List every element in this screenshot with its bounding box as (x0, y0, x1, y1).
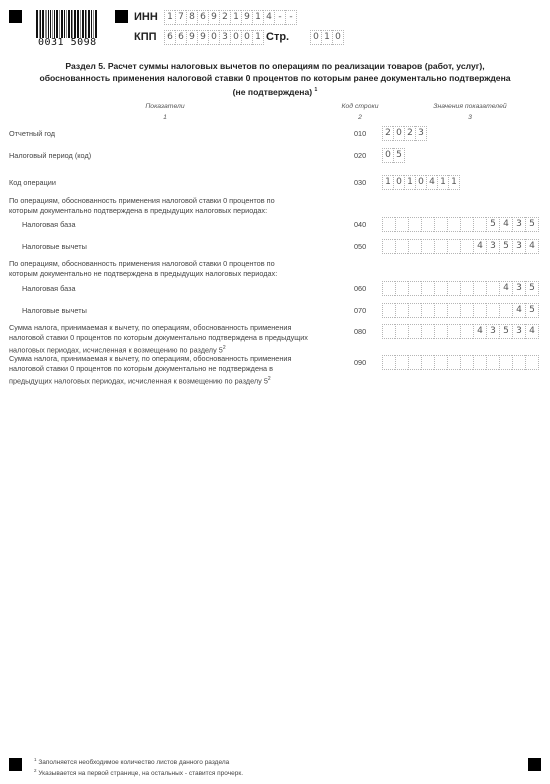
digit-cell[interactable]: 1 (321, 30, 332, 45)
digit-cell[interactable]: 2 (404, 126, 415, 141)
barcode-bar (42, 10, 44, 38)
footnote-ref: 2 (223, 345, 226, 351)
digit-cell[interactable] (447, 303, 460, 318)
column-number-3: 3 (420, 114, 520, 121)
digit-cell[interactable] (408, 355, 421, 370)
barcode-bar (61, 10, 63, 38)
digit-cell[interactable]: 1 (437, 175, 448, 190)
digit-cell[interactable] (512, 355, 525, 370)
digit-cell[interactable]: 9 (197, 30, 208, 45)
digit-cell[interactable]: 6 (175, 30, 186, 45)
row-code-070: 070 (354, 306, 366, 315)
digit-cell[interactable] (460, 355, 473, 370)
row-label-operation-code: Код операции (9, 178, 56, 188)
digit-cell[interactable] (421, 303, 434, 318)
section-title: Раздел 5. Расчет суммы налоговых вычетов… (0, 60, 550, 98)
footnote-2: 2 Указывается на первой странице, на ост… (34, 768, 243, 777)
digit-cell[interactable] (525, 355, 539, 370)
barcode-bar (86, 10, 87, 38)
group-confirmed-heading: По операциям, обоснованность применения … (9, 196, 275, 216)
footnote-text: Заполняется необходимое количество листо… (38, 759, 229, 766)
digit-cell[interactable]: 5 (499, 239, 512, 254)
digit-cell[interactable] (486, 281, 499, 296)
barcode-bar (52, 10, 53, 38)
digit-cell[interactable] (460, 281, 473, 296)
digit-cell[interactable]: 1 (230, 10, 241, 25)
digit-cell[interactable]: 0 (208, 30, 219, 45)
tax-base-not-confirmed-field[interactable]: 435 (382, 281, 539, 296)
digit-cell[interactable]: 4 (263, 10, 274, 25)
barcode-bar (40, 10, 41, 38)
corner-marker-top-left (9, 10, 22, 23)
footnote-ref: 1 (315, 87, 318, 93)
digit-cell[interactable] (434, 355, 447, 370)
digit-cell[interactable]: 0 (310, 30, 321, 45)
digit-cell[interactable]: 5 (393, 148, 405, 163)
digit-cell[interactable] (447, 281, 460, 296)
digit-cell[interactable] (447, 324, 460, 339)
digit-cell[interactable]: 3 (486, 239, 499, 254)
digit-cell[interactable]: 1 (164, 10, 175, 25)
column-number-2: 2 (330, 114, 390, 121)
row-080-line-2: налоговой ставки 0 процентов по которым … (9, 333, 308, 343)
digit-cell[interactable] (447, 355, 460, 370)
inn-field[interactable]: 1786921914-- (164, 10, 297, 25)
reporting-year-field[interactable]: 2023 (382, 126, 427, 141)
barcode (36, 10, 98, 38)
row-label-deduction-sum-confirmed: Сумма налога, принимаемая к вычету, по о… (9, 323, 308, 355)
row-code-080: 080 (354, 327, 366, 336)
digit-cell[interactable] (434, 217, 447, 232)
digit-cell[interactable]: 0 (393, 126, 404, 141)
digit-cell[interactable] (382, 355, 395, 370)
digit-cell[interactable]: 5 (525, 303, 539, 318)
footnote-ref: 2 (268, 376, 271, 382)
digit-cell[interactable]: 1 (448, 175, 460, 190)
inn-label: ИНН (134, 11, 158, 23)
digit-cell[interactable] (486, 303, 499, 318)
operation-code-field[interactable]: 1010411 (382, 175, 460, 190)
barcode-number: 0031 5098 (38, 37, 97, 48)
barcode-bar (48, 10, 49, 38)
barcode-bar (64, 10, 65, 38)
digit-cell[interactable]: 5 (499, 324, 512, 339)
group-confirmed-line-1: По операциям, обоснованность применения … (9, 196, 275, 206)
digit-cell[interactable]: 1 (252, 10, 263, 25)
digit-cell[interactable] (408, 239, 421, 254)
digit-cell[interactable] (473, 303, 486, 318)
barcode-bar (66, 10, 67, 38)
digit-cell[interactable]: 2 (382, 126, 393, 141)
barcode-bar (68, 10, 70, 38)
digit-cell[interactable]: 4 (473, 324, 486, 339)
digit-cell[interactable]: 2 (219, 10, 230, 25)
digit-cell[interactable] (460, 239, 473, 254)
digit-cell[interactable]: 9 (241, 10, 252, 25)
barcode-bar (88, 10, 90, 38)
barcode-bar (85, 10, 86, 38)
digit-cell[interactable]: 8 (186, 10, 197, 25)
page-number-field[interactable]: 010 (310, 30, 344, 45)
footnote-text: Указывается на первой странице, на остал… (38, 770, 243, 777)
barcode-bar (74, 10, 76, 38)
barcode-bar (54, 10, 56, 38)
barcode-bar (77, 10, 79, 38)
corner-marker-bottom-right (528, 758, 541, 771)
group-not-confirmed-line-1: По операциям, обоснованность применения … (9, 259, 277, 269)
row-code-020: 020 (354, 151, 366, 160)
row-label-reporting-year: Отчетный год (9, 129, 55, 139)
row-code-040: 040 (354, 220, 366, 229)
digit-cell[interactable]: 1 (252, 30, 264, 45)
digit-cell[interactable] (499, 355, 512, 370)
digit-cell[interactable] (434, 303, 447, 318)
row-label-tax-deductions-not-confirmed: Налоговые вычеты (22, 306, 87, 316)
digit-cell[interactable]: 5 (525, 281, 539, 296)
column-number-1: 1 (110, 114, 220, 121)
digit-cell[interactable] (395, 324, 408, 339)
digit-cell[interactable]: 4 (473, 239, 486, 254)
section-title-line-2: обоснованность применения налоговой став… (0, 72, 550, 84)
digit-cell[interactable] (382, 281, 395, 296)
barcode-bar (45, 10, 47, 38)
row-code-010: 010 (354, 129, 366, 138)
barcode-bar (72, 10, 73, 38)
barcode-bar (95, 10, 97, 38)
corner-marker-top-middle (115, 10, 128, 23)
row-label-deduction-sum-not-confirmed: Сумма налога, принимаемая к вычету, по о… (9, 354, 291, 386)
row-090-line-1: Сумма налога, принимаемая к вычету, по о… (9, 354, 291, 364)
digit-cell[interactable]: 4 (525, 239, 539, 254)
digit-cell[interactable] (395, 217, 408, 232)
digit-cell[interactable]: 0 (332, 30, 344, 45)
group-confirmed-line-2: которым документально подтверждена в пре… (9, 206, 275, 216)
digit-cell[interactable]: 9 (186, 30, 197, 45)
digit-cell[interactable] (434, 281, 447, 296)
digit-cell[interactable]: 3 (512, 281, 525, 296)
digit-cell[interactable]: 3 (512, 217, 525, 232)
digit-cell[interactable]: 0 (230, 30, 241, 45)
footnote-mark: 2 (34, 768, 37, 773)
digit-cell[interactable]: 0 (382, 148, 393, 163)
barcode-bar (93, 10, 94, 38)
footnote-1: 1 Заполняется необходимое количество лис… (34, 757, 229, 766)
row-label-tax-base-confirmed: Налоговая база (22, 220, 76, 230)
digit-cell[interactable]: 1 (404, 175, 415, 190)
digit-cell[interactable]: 7 (175, 10, 186, 25)
footnote-mark: 1 (34, 757, 37, 762)
section-title-line-3: (не подтверждена) (233, 87, 312, 97)
digit-cell[interactable] (408, 281, 421, 296)
digit-cell[interactable]: 4 (525, 324, 539, 339)
kpp-label: КПП (134, 31, 157, 43)
digit-cell[interactable] (408, 324, 421, 339)
column-header-indicators: Показатели (110, 103, 220, 110)
digit-cell[interactable] (421, 281, 434, 296)
digit-cell[interactable]: 3 (512, 239, 525, 254)
row-080-line-1: Сумма налога, принимаемая к вычету, по о… (9, 323, 308, 333)
digit-cell[interactable]: 4 (512, 303, 525, 318)
digit-cell[interactable] (460, 324, 473, 339)
digit-cell[interactable]: 3 (415, 126, 427, 141)
deduction-sum-confirmed-field[interactable]: 43534 (382, 324, 539, 339)
digit-cell[interactable] (447, 217, 460, 232)
digit-cell[interactable]: 9 (208, 10, 219, 25)
digit-cell[interactable] (434, 239, 447, 254)
barcode-bar (80, 10, 81, 38)
section-title-line-1: Раздел 5. Расчет суммы налоговых вычетов… (0, 60, 550, 72)
barcode-bar (50, 10, 51, 38)
barcode-bar (82, 10, 84, 38)
page-label: Стр. (266, 31, 289, 43)
digit-cell[interactable] (382, 239, 395, 254)
tax-deductions-confirmed-field[interactable]: 43534 (382, 239, 539, 254)
barcode-bar (71, 10, 72, 38)
digit-cell[interactable]: 3 (512, 324, 525, 339)
digit-cell[interactable] (473, 281, 486, 296)
digit-cell[interactable]: 0 (415, 175, 426, 190)
corner-marker-bottom-left (9, 758, 22, 771)
digit-cell[interactable] (460, 217, 473, 232)
tax-base-confirmed-field[interactable]: 5435 (382, 217, 539, 232)
row-090-line-2: налоговой ставки 0 процентов по которым … (9, 364, 291, 374)
row-090-line-3: предыдущих налоговых периодах, исчисленн… (9, 376, 268, 385)
barcode-bar (91, 10, 92, 38)
digit-cell[interactable]: 6 (164, 30, 175, 45)
barcode-bar (36, 10, 38, 38)
row-code-030: 030 (354, 178, 366, 187)
digit-cell[interactable] (408, 217, 421, 232)
digit-cell[interactable]: 3 (219, 30, 230, 45)
digit-cell[interactable]: 1 (382, 175, 393, 190)
row-code-060: 060 (354, 284, 366, 293)
digit-cell[interactable] (421, 324, 434, 339)
digit-cell[interactable]: 6 (197, 10, 208, 25)
digit-cell[interactable] (421, 217, 434, 232)
digit-cell[interactable]: - (285, 10, 297, 25)
tax-period-field[interactable]: 05 (382, 148, 405, 163)
group-not-confirmed-line-2: которым документально не подтверждена в … (9, 269, 277, 279)
column-header-line-code: Код строки (330, 103, 390, 110)
digit-cell[interactable] (473, 217, 486, 232)
group-not-confirmed-heading: По операциям, обоснованность применения … (9, 259, 277, 279)
digit-cell[interactable] (460, 303, 473, 318)
digit-cell[interactable]: 4 (426, 175, 437, 190)
digit-cell[interactable] (421, 239, 434, 254)
barcode-bar (59, 10, 60, 38)
tax-deductions-not-confirmed-field[interactable]: 45 (382, 303, 539, 318)
digit-cell[interactable] (395, 355, 408, 370)
digit-cell[interactable]: 5 (525, 217, 539, 232)
digit-cell[interactable] (395, 303, 408, 318)
digit-cell[interactable] (382, 217, 395, 232)
row-label-tax-period: Налоговый период (код) (9, 151, 91, 161)
row-label-tax-base-not-confirmed: Налоговая база (22, 284, 76, 294)
row-code-050: 050 (354, 242, 366, 251)
digit-cell[interactable] (382, 324, 395, 339)
digit-cell[interactable] (421, 355, 434, 370)
digit-cell[interactable]: 0 (241, 30, 252, 45)
digit-cell[interactable] (486, 355, 499, 370)
barcode-bar (56, 10, 58, 38)
digit-cell[interactable] (395, 281, 408, 296)
digit-cell[interactable]: 4 (499, 281, 512, 296)
digit-cell[interactable]: 4 (499, 217, 512, 232)
row-label-tax-deductions-confirmed: Налоговые вычеты (22, 242, 87, 252)
digit-cell[interactable] (408, 303, 421, 318)
barcode-bar (39, 10, 40, 38)
digit-cell[interactable]: 0 (393, 175, 404, 190)
kpp-field[interactable]: 669903001 (164, 30, 264, 45)
row-code-090: 090 (354, 358, 366, 367)
digit-cell[interactable] (499, 303, 512, 318)
digit-cell[interactable]: 5 (486, 217, 499, 232)
digit-cell[interactable]: - (274, 10, 285, 25)
column-header-values: Значения показателей (420, 103, 520, 110)
digit-cell[interactable] (473, 355, 486, 370)
deduction-sum-not-confirmed-field[interactable] (382, 355, 539, 370)
digit-cell[interactable] (395, 239, 408, 254)
digit-cell[interactable] (382, 303, 395, 318)
digit-cell[interactable] (434, 324, 447, 339)
digit-cell[interactable] (447, 239, 460, 254)
digit-cell[interactable]: 3 (486, 324, 499, 339)
